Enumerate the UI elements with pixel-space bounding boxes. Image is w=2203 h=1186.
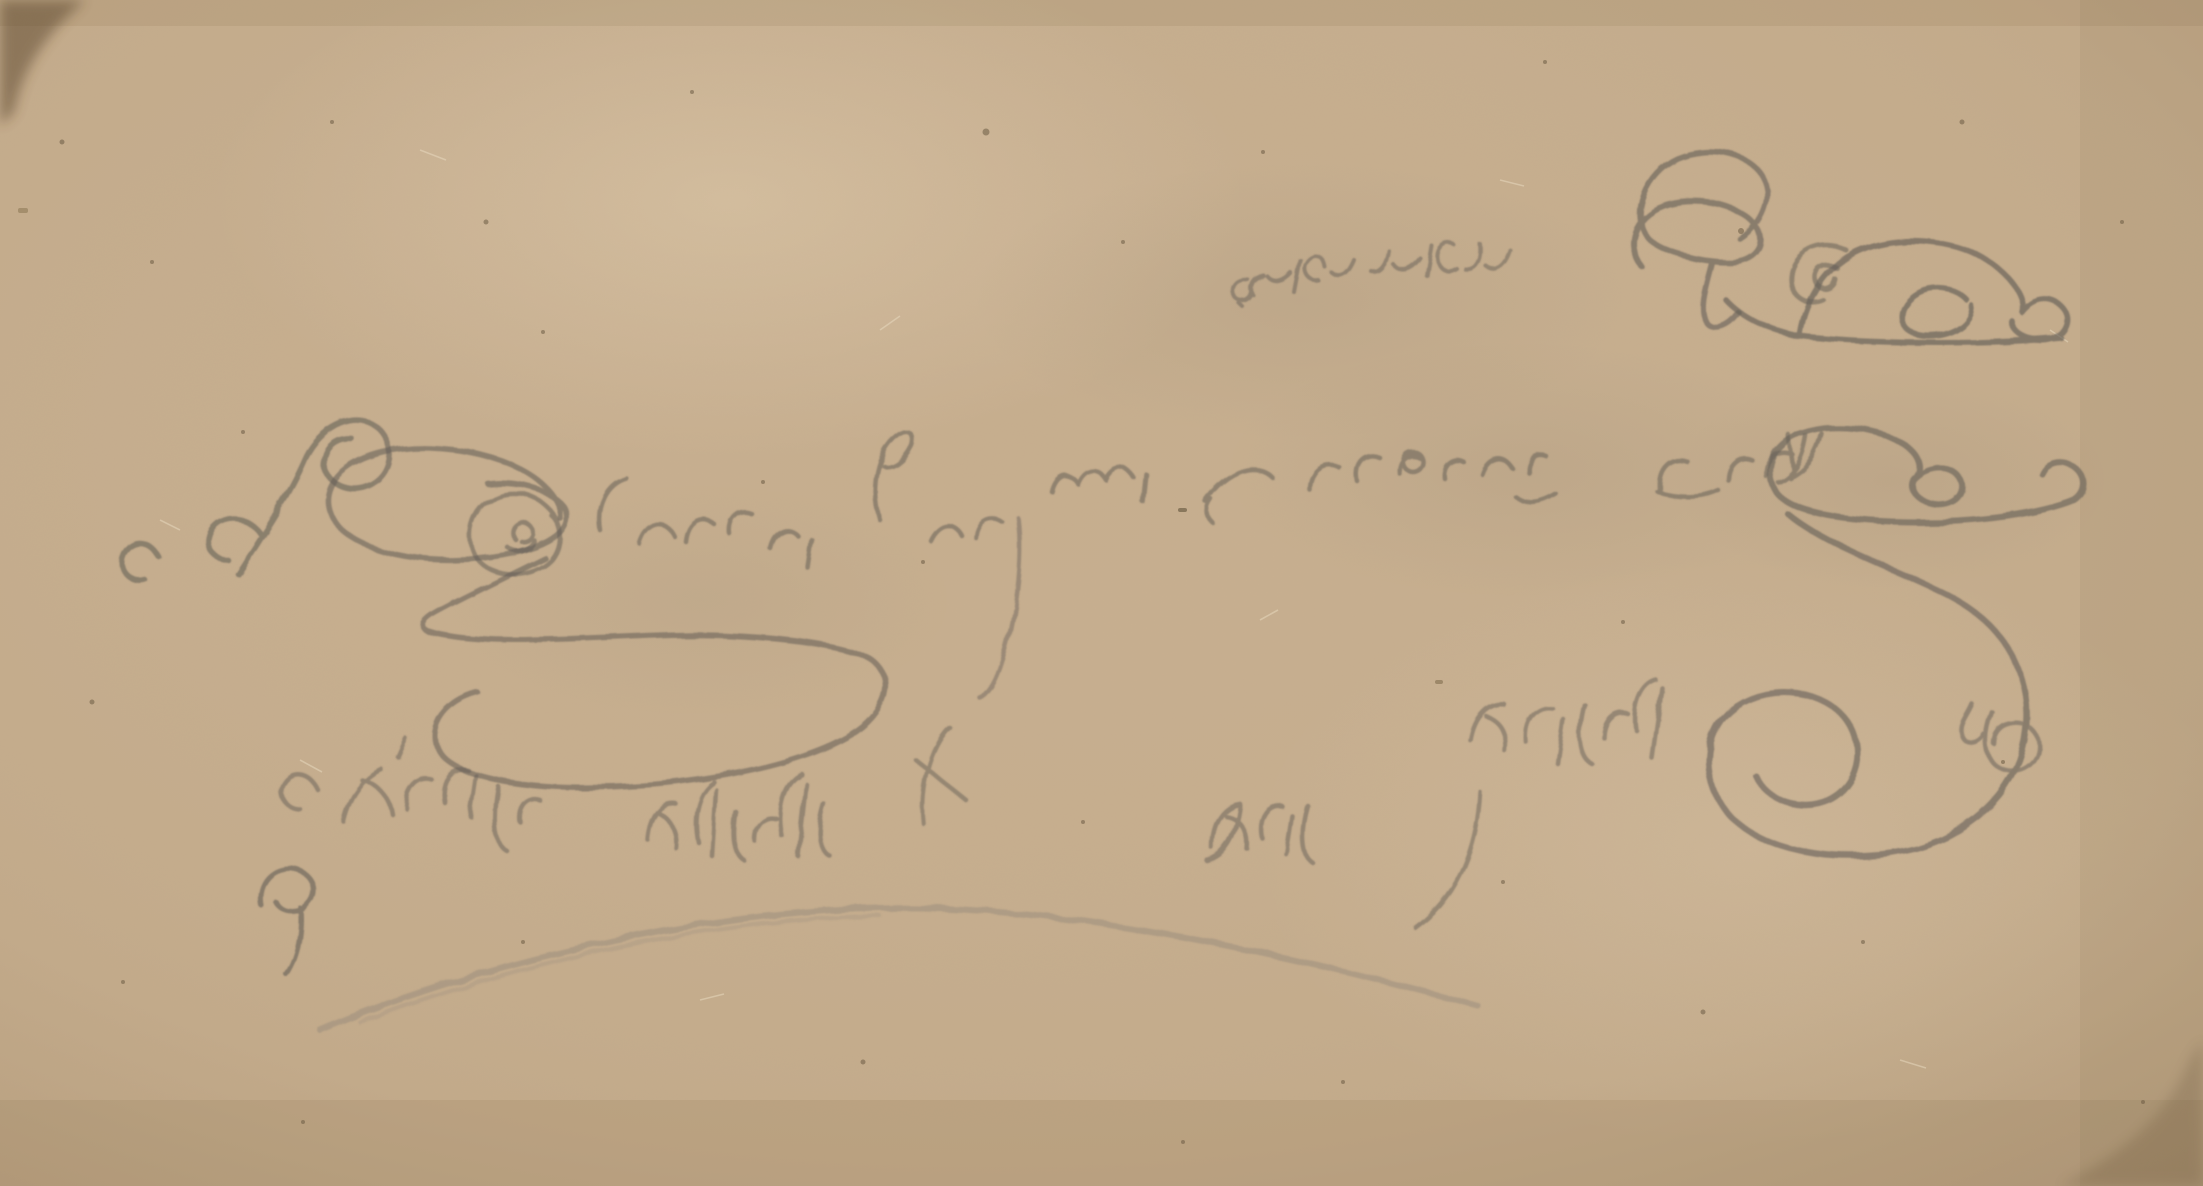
paper-texture [0,0,2203,1186]
scanned-page: העלוים עגרבה הוצאות גבולות שוק להל ברבל … [0,0,2203,1186]
page-canvas [0,0,2203,1186]
